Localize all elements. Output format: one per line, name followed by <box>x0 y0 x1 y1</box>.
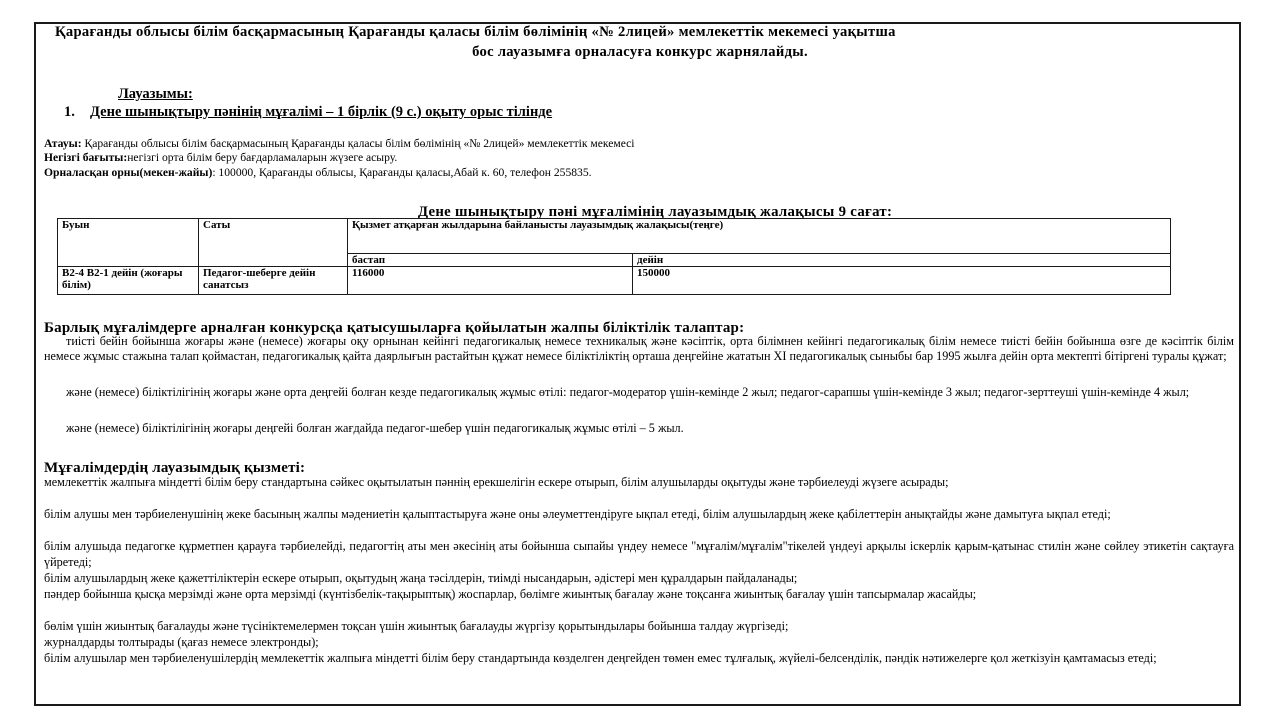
cell-level: В2-4 В2-1 дейін (жоғары білім) <box>58 267 199 295</box>
requirement-paragraph: тиісті бейін бойынша жоғары және (немесе… <box>44 334 1234 364</box>
title-line-1: Қарағанды облысы білім басқармасының Қар… <box>55 24 896 41</box>
header-salary: Қызмет атқарған жылдарына байланысты лау… <box>348 219 1171 254</box>
info-direction-value: негізгі орта білім беру бағдарламаларын … <box>127 151 397 164</box>
document-frame <box>34 22 1241 706</box>
position-item: 1.Дене шынықтыру пәнінің мұғалімі – 1 бі… <box>64 104 552 121</box>
info-name-label: Атауы: <box>44 137 82 150</box>
title-line-2: бос лауазымға орналасуға конкурс жарняла… <box>0 44 1280 61</box>
requirement-paragraph: және (немесе) біліктілігінің жоғары және… <box>44 385 1234 400</box>
cell-from: 116000 <box>348 267 633 295</box>
info-address: Орналасқан орны(мекен-жайы): 100000, Қар… <box>44 166 592 179</box>
table-row: В2-4 В2-1 дейін (жоғары білім) Педагог-ш… <box>58 267 1171 295</box>
info-name: Атауы: Қарағанды облысы білім басқармасы… <box>44 137 635 150</box>
position-number: 1. <box>64 104 90 121</box>
duty-item: білім алушылар мен тәрбиеленушілердің ме… <box>44 651 1234 667</box>
salary-table: Буын Саты Қызмет атқарған жылдарына байл… <box>57 218 1171 295</box>
cell-to: 150000 <box>633 267 1171 295</box>
header-grade: Саты <box>199 219 348 267</box>
duty-item: білім алушыда педагогке құрметпен қарауғ… <box>44 539 1234 570</box>
header-from: бастап <box>348 254 633 267</box>
position-heading: Лауазымы: <box>118 86 193 103</box>
info-direction-label: Негізгі бағыты: <box>44 151 127 164</box>
info-address-label: Орналасқан орны(мекен-жайы) <box>44 166 212 179</box>
position-text: Дене шынықтыру пәнінің мұғалімі – 1 бірл… <box>90 104 552 120</box>
requirement-paragraph: және (немесе) біліктілігінің жоғары деңг… <box>44 421 1234 436</box>
duty-item: білім алушылардың жеке қажеттіліктерін е… <box>44 571 1234 587</box>
duty-item: білім алушы мен тәрбиеленушінің жеке бас… <box>44 507 1234 523</box>
duty-item: пәндер бойынша қысқа мерзімді және орта … <box>44 587 1234 603</box>
cell-grade: Педагог-шеберге дейін санатсыз <box>199 267 348 295</box>
info-name-value: Қарағанды облысы білім басқармасының Қар… <box>82 137 635 150</box>
info-direction: Негізгі бағыты:негізгі орта білім беру б… <box>44 151 397 164</box>
info-address-value: : 100000, Қарағанды облысы, Қарағанды қа… <box>212 166 591 179</box>
duty-item: журналдарды толтырады (қағаз немесе элек… <box>44 635 1234 651</box>
duty-item: мемлекеттік жалпыға міндетті білім беру … <box>44 475 1234 491</box>
duty-item: бөлім үшін жиынтық бағалауды және түсіні… <box>44 619 1234 635</box>
header-to: дейін <box>633 254 1171 267</box>
header-level: Буын <box>58 219 199 267</box>
